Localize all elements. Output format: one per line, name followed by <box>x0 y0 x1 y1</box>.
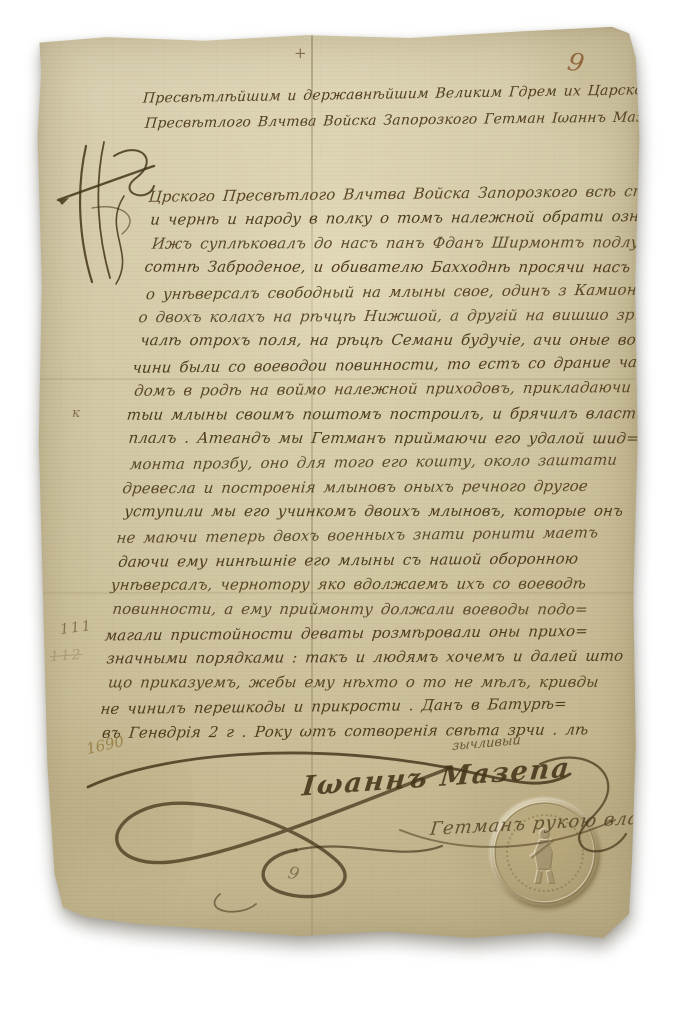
margin-year-1690: 1690 <box>84 732 125 758</box>
manuscript-line: даючи ему нинѣшніе его млыны съ нашой об… <box>117 546 609 574</box>
manuscript-line: повинности, а ему приймонту должали воев… <box>111 596 604 621</box>
manuscript-line: уступили мы его учинкомъ двоихъ млыновъ,… <box>123 499 614 524</box>
paper-shadow: 9 + Пресвѣтлѣйшим и державнѣйшим Великим… <box>0 0 678 1024</box>
header-line: Пресвѣтлого Влчтва Войска Запорозкого Ге… <box>144 105 576 136</box>
manuscript-line: чалѣ отрохъ поля, на рѣцѣ Семани будучіе… <box>139 328 631 353</box>
manuscript-line: монта прозбу, оно для того его кошту, ок… <box>129 448 620 477</box>
manuscript-paper: 9 + Пресвѣтлѣйшим и державнѣйшим Великим… <box>34 26 640 948</box>
manuscript-line: о унѣверсалъ свободный на млыны свое, од… <box>145 277 637 306</box>
signature-name: Іωаннъ Мазепа <box>301 752 573 802</box>
manuscript-body: Црского Пресвѣтлого Влчтва Войска Запоро… <box>98 181 646 745</box>
manuscript-line: и чернѣ и народу в полку о томъ належной… <box>149 204 643 232</box>
manuscript-line: що приказуемъ, жебы ему нѣхто о то не мѣ… <box>107 670 597 695</box>
manuscript-line: плалъ . Атеандъ мы Гетманъ приймаючи его… <box>127 426 621 451</box>
manuscript-line: Ижъ суплѣковалъ до насъ панъ Фданъ Ширмо… <box>151 230 641 256</box>
manuscript-line: магали пристойности деваты розмѣровали о… <box>104 619 603 648</box>
cossack-figure-icon <box>530 829 555 884</box>
bottom-mark-9: 9 <box>286 863 301 885</box>
margin-mark-k: к <box>72 406 80 421</box>
manuscript-line: значными порядками : такъ и людямъ хочем… <box>105 644 599 671</box>
document-photo: 9 + Пресвѣтлѣйшим и державнѣйшим Великим… <box>0 0 678 1024</box>
manuscript-line: тыи млыны своимъ поштомъ построилъ, и бр… <box>126 401 624 427</box>
paper-stain <box>504 0 674 156</box>
manuscript-line: сотнѣ Заброденое, и обивателю Бахходнѣ п… <box>143 255 638 280</box>
folio-number: 9 <box>565 47 587 79</box>
manuscript-line: домъ в родѣ на воймо належной приходовъ,… <box>133 375 626 403</box>
margin-folio-111: 111 <box>59 618 93 638</box>
manuscript-line: о двохъ колахъ на рѣчцѣ Нижшой, а другій… <box>137 303 633 330</box>
manuscript-line: древесла и построенія млыновъ оныхъ речн… <box>121 473 616 500</box>
margin-folio-112: 112 <box>49 647 83 665</box>
invocation-cross: + <box>294 44 307 62</box>
document-header: Пресвѣтлѣйшим и державнѣйшим Великим Гдр… <box>144 80 578 137</box>
manuscript-line: унѣверсалъ, чернотору яко вдолжаемъ ихъ … <box>110 572 607 598</box>
